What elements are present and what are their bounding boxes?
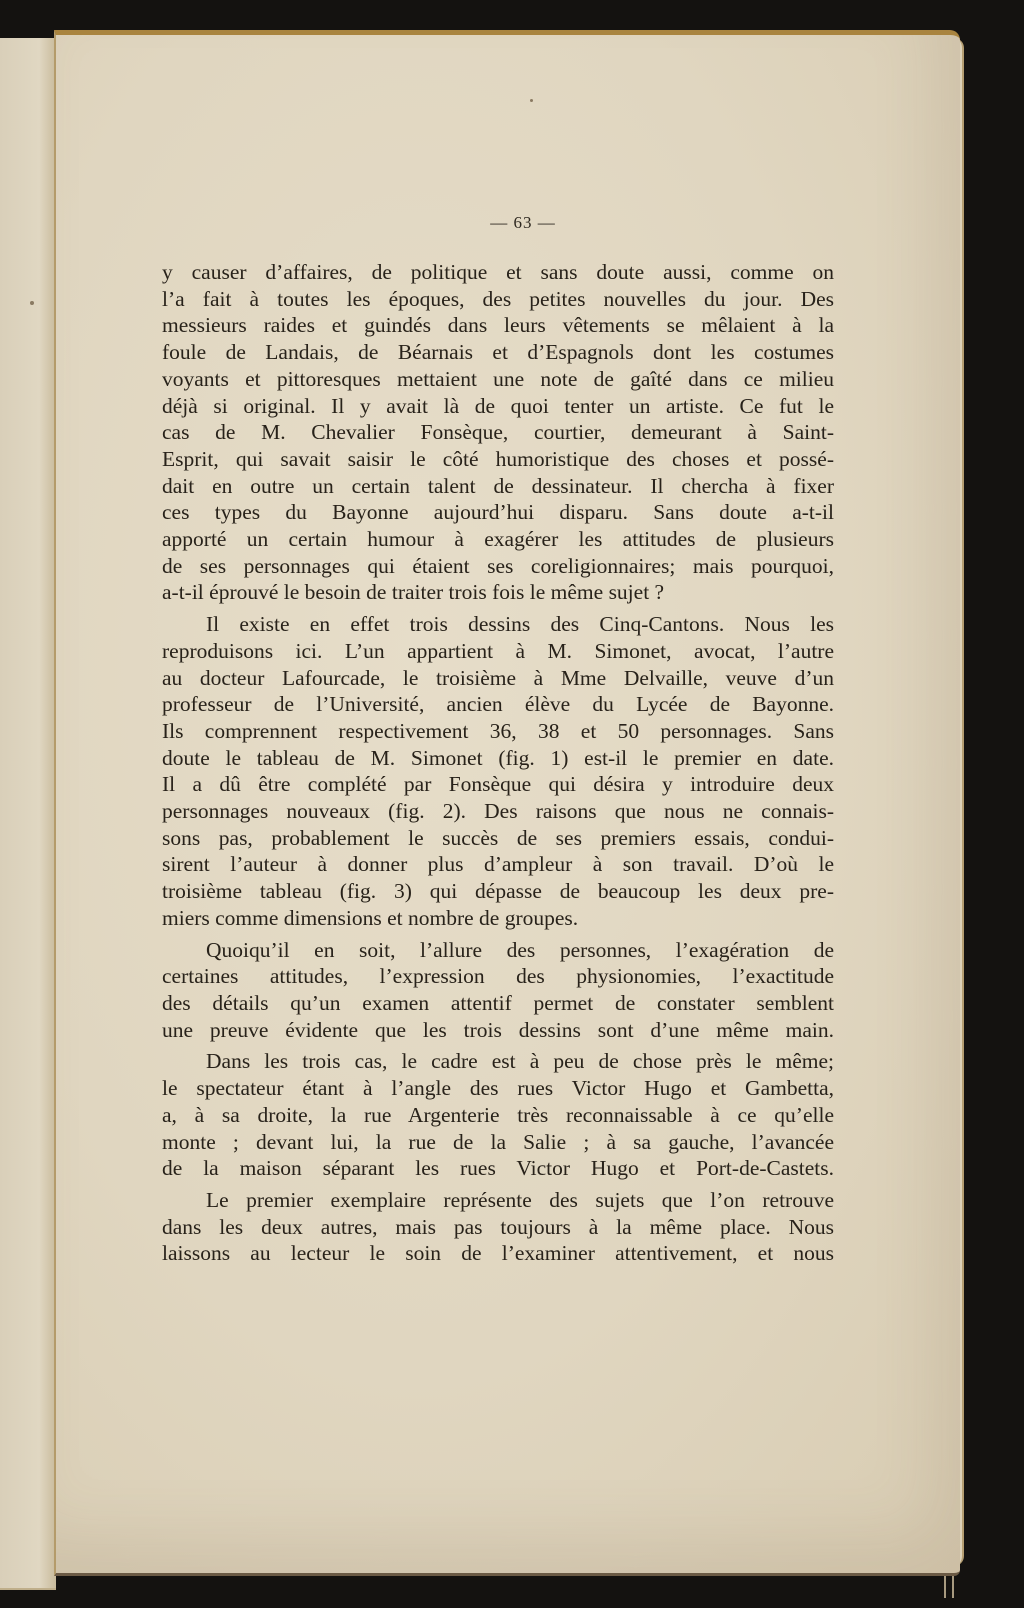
text-line: sirent l’auteur à donner plus d’ampleur … (162, 851, 834, 878)
text-line: Il existe en effet trois dessins des Cin… (162, 611, 834, 638)
text-line: déjà si original. Il y avait là de quoi … (162, 393, 834, 420)
text-line: Le premier exemplaire représente des suj… (162, 1187, 834, 1214)
body-text: y causer d’affaires, de politique et san… (162, 259, 834, 1267)
paragraph: Quoiqu’il en soit, l’allure des personne… (162, 937, 834, 1044)
text-line: l’a fait à toutes les époques, des petit… (162, 286, 834, 313)
text-line: Dans les trois cas, le cadre est à peu d… (162, 1048, 834, 1075)
text-line: Il a dû être complété par Fonsèque qui d… (162, 771, 834, 798)
text-line: miers comme dimensions et nombre de grou… (162, 905, 834, 932)
text-line: des détails qu’un examen attentif permet… (162, 990, 834, 1017)
text-line: professeur de l’Université, ancien élève… (162, 691, 834, 718)
text-line: dait en outre un certain talent de dessi… (162, 473, 834, 500)
text-line: une preuve évidente que les trois dessin… (162, 1017, 834, 1044)
text-line: doute le tableau de M. Simonet (fig. 1) … (162, 745, 834, 772)
page-number: — 63 — (56, 213, 960, 233)
paragraph: y causer d’affaires, de politique et san… (162, 259, 834, 606)
text-line: laissons au lecteur le soin de l’examine… (162, 1240, 834, 1267)
paragraph: Dans les trois cas, le cadre est à peu d… (162, 1048, 834, 1182)
text-line: foule de Landais, de Béarnais et d’Espag… (162, 339, 834, 366)
text-line: apporté un certain humour à exagérer les… (162, 526, 834, 553)
margin-mark (30, 301, 34, 305)
text-line: cas de M. Chevalier Fonsèque, courtier, … (162, 419, 834, 446)
text-line: de ses personnages qui étaient ses corel… (162, 553, 834, 580)
text-line: y causer d’affaires, de politique et san… (162, 259, 834, 286)
paper-speck (530, 99, 533, 102)
book-page: — 63 — y causer d’affaires, de politique… (54, 30, 960, 1576)
text-line: dans les deux autres, mais pas toujours … (162, 1214, 834, 1241)
text-line: voyants et pittoresques mettaient une no… (162, 366, 834, 393)
text-line: Esprit, qui savait saisir le côté humori… (162, 446, 834, 473)
text-line: messieurs raides et guindés dans leurs v… (162, 312, 834, 339)
text-line: certaines attitudes, l’expression des ph… (162, 963, 834, 990)
text-line: le spectateur étant à l’angle des rues V… (162, 1075, 834, 1102)
text-line: monte ; devant lui, la rue de la Salie ;… (162, 1129, 834, 1156)
text-line: personnages nouveaux (fig. 2). Des raiso… (162, 798, 834, 825)
paragraph: Le premier exemplaire représente des suj… (162, 1187, 834, 1267)
text-line: a-t-il éprouvé le besoin de traiter troi… (162, 579, 834, 606)
text-line: sons pas, probablement le succès de ses … (162, 825, 834, 852)
text-line: au docteur Lafourcade, le troisième à Mm… (162, 665, 834, 692)
text-line: troisième tableau (fig. 3) qui dépasse d… (162, 878, 834, 905)
paragraph: Il existe en effet trois dessins des Cin… (162, 611, 834, 931)
text-line: de la maison séparant les rues Victor Hu… (162, 1155, 834, 1182)
text-line: reproduisons ici. L’un appartient à M. S… (162, 638, 834, 665)
facing-left-page (0, 38, 56, 1590)
text-line: Ils comprennent respectivement 36, 38 et… (162, 718, 834, 745)
text-line: Quoiqu’il en soit, l’allure des personne… (162, 937, 834, 964)
text-line: a, à sa droite, la rue Argenterie très r… (162, 1102, 834, 1129)
text-line: ces types du Bayonne aujourd’hui disparu… (162, 499, 834, 526)
